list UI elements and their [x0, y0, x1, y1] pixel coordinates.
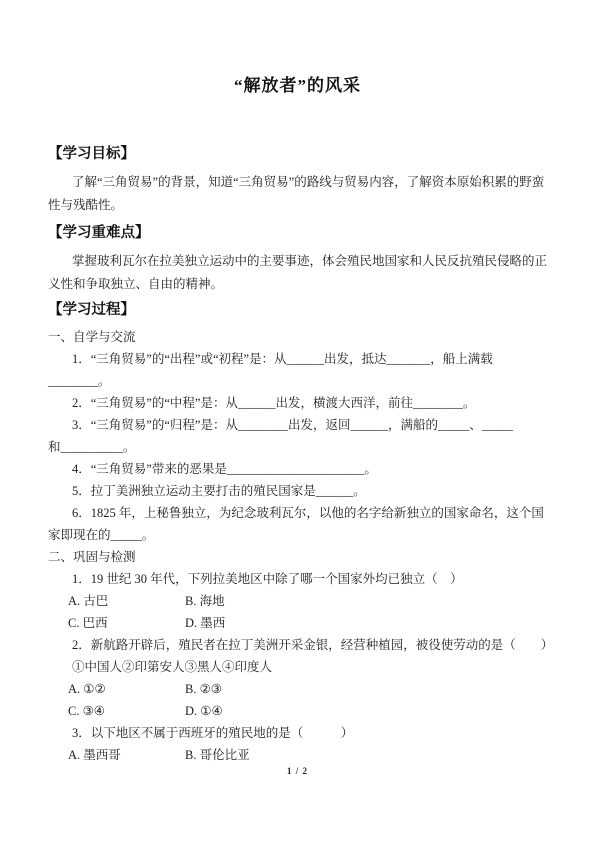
goals-paragraph: 了解“三角贸易”的背景，知道“三角贸易”的路线与贸易内容，了解资本原始积累的野蛮…	[48, 171, 547, 217]
question-2-options-row-1: A. ①② B. ②③	[48, 678, 547, 700]
key-points-paragraph: 掌握玻利瓦尔在拉美独立运动中的主要事迹，体会殖民地国家和人民反抗殖民侵略的正 义…	[48, 250, 547, 296]
process-body: 一、自学与交流 1．“三角贸易”的“出程”或“初程”是：从______出发，抵达…	[48, 326, 547, 766]
option-c: C. ③④	[68, 700, 185, 722]
fill-blank-item-6-line-2: 家即现在的_____。	[48, 524, 547, 546]
fill-blank-item-3-line-1: 3．“三角贸易”的“归程”是：从________出发，返回______，满船的_…	[48, 414, 547, 436]
question-2-choices-line: ①中国人②印第安人③黑人④印度人	[48, 656, 547, 678]
fill-blank-item-3-line-2: 和__________。	[48, 436, 547, 458]
question-1: 1．19 世纪 30 年代，下列拉美地区中除了哪一个国家外均已独立（ ）	[48, 568, 547, 590]
fill-blank-item-2: 2．“三角贸易”的“中程”是：从______出发，横渡大西洋，前往_______…	[48, 392, 547, 414]
option-c: C. 巴西	[68, 612, 185, 634]
option-a: A. 古巴	[68, 590, 185, 612]
section-heading-key-points: 【学习重难点】	[48, 223, 547, 243]
option-b: B. ②③	[185, 678, 222, 700]
section-heading-goals: 【学习目标】	[48, 144, 547, 164]
option-a: A. 墨西哥	[68, 744, 185, 766]
option-b: B. 海地	[185, 590, 225, 612]
key-points-paragraph-line: 义性和争取独立、自由的精神。	[48, 273, 547, 296]
question-1-options-row-2: C. 巴西 D. 墨西	[48, 612, 547, 634]
fill-blank-item-5: 5．拉丁美洲独立运动主要打击的殖民国家是______。	[48, 480, 547, 502]
fill-blank-item-1-line-1: 1．“三角贸易”的“出程”或“初程”是：从______出发，抵达_______，…	[48, 348, 547, 370]
goals-paragraph-line: 性与残酷性。	[48, 194, 547, 217]
part1-heading: 一、自学与交流	[48, 326, 547, 348]
option-d: D. 墨西	[185, 612, 225, 634]
option-b: B. 哥伦比亚	[185, 744, 250, 766]
page-number: 1 / 2	[0, 766, 595, 776]
document-content: “解放者”的风采 【学习目标】 了解“三角贸易”的背景，知道“三角贸易”的路线与…	[0, 0, 595, 766]
option-d: D. ①④	[185, 700, 223, 722]
section-heading-process: 【学习过程】	[48, 300, 547, 320]
question-1-options-row-1: A. 古巴 B. 海地	[48, 590, 547, 612]
question-3-options-row-1: A. 墨西哥 B. 哥伦比亚	[48, 744, 547, 766]
key-points-paragraph-line: 掌握玻利瓦尔在拉美独立运动中的主要事迹，体会殖民地国家和人民反抗殖民侵略的正	[48, 250, 547, 273]
fill-blank-item-6-line-1: 6．1825 年，上秘鲁独立，为纪念玻利瓦尔，以他的名字给新独立的国家命名，这个…	[48, 502, 547, 524]
fill-blank-item-4: 4．“三角贸易”带来的恶果是______________________。	[48, 458, 547, 480]
question-2-options-row-2: C. ③④ D. ①④	[48, 700, 547, 722]
part2-heading: 二、巩固与检测	[48, 546, 547, 568]
goals-paragraph-line: 了解“三角贸易”的背景，知道“三角贸易”的路线与贸易内容，了解资本原始积累的野蛮	[48, 171, 547, 194]
option-a: A. ①②	[68, 678, 185, 700]
worksheet-title: “解放者”的风采	[48, 74, 547, 98]
fill-blank-item-1-line-2: ________。	[48, 370, 547, 392]
question-3: 3．以下地区不属于西班牙的殖民地的是（ ）	[48, 722, 547, 744]
document-page: “解放者”的风采 【学习目标】 了解“三角贸易”的背景，知道“三角贸易”的路线与…	[0, 0, 595, 841]
question-2: 2．新航路开辟后，殖民者在拉丁美洲开采金银，经营种植园，被役使劳动的是（ ）	[48, 634, 547, 656]
